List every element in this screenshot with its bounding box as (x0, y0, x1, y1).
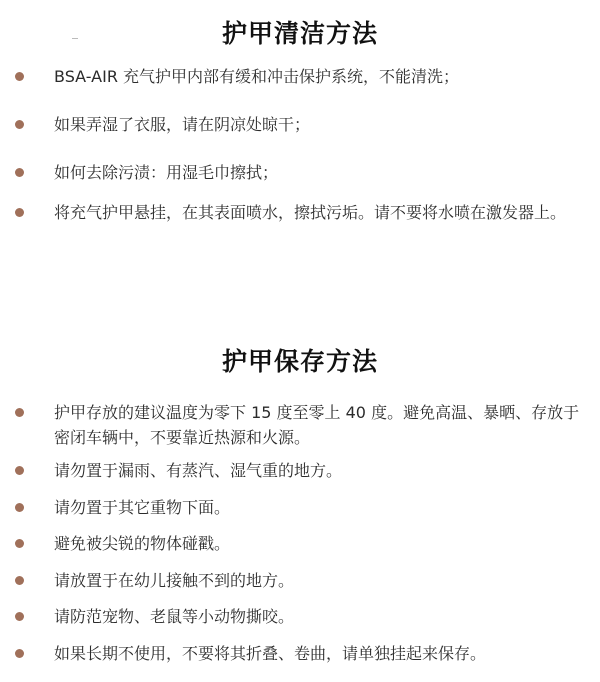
list-item-text: 将充气护甲悬挂，在其表面喷水，擦拭污垢。请不要将水喷在激发器上。 (54, 200, 584, 225)
bullet-icon (15, 576, 24, 585)
list-item-text: 请勿置于漏雨、有蒸汽、湿气重的地方。 (54, 458, 584, 483)
section-title-cleaning: 护甲清洁方法 (0, 14, 600, 50)
list-item-text: 如何去除污渍：用湿毛巾擦拭； (54, 160, 584, 185)
list-item-text: 请勿置于其它重物下面。 (54, 495, 584, 520)
bullet-icon (15, 72, 24, 81)
section-title-storage: 护甲保存方法 (0, 342, 600, 378)
list-item-text: 请防范宠物、老鼠等小动物撕咬。 (54, 604, 584, 629)
bullet-icon (15, 208, 24, 217)
bullet-icon (15, 612, 24, 621)
bullet-icon (15, 466, 24, 475)
bullet-icon (15, 120, 24, 129)
list-item-text: 避免被尖锐的物体碰戳。 (54, 531, 584, 556)
bullet-icon (15, 539, 24, 548)
list-item-text: 护甲存放的建议温度为零下 15 度至零上 40 度。避免高温、暴晒、存放于密闭车… (54, 400, 584, 450)
list-item-text: 如果长期不使用，不要将其折叠、卷曲，请单独挂起来保存。 (54, 641, 584, 666)
list-item-text: 如果弄湿了衣服，请在阴凉处晾干； (54, 112, 584, 137)
list-item-text: 请放置于在幼儿接触不到的地方。 (54, 568, 584, 593)
bullet-icon (15, 168, 24, 177)
list-item-text: BSA-AIR 充气护甲内部有缓和冲击保护系统，不能清洗； (54, 64, 584, 89)
bullet-icon (15, 408, 24, 417)
bullet-icon (15, 649, 24, 658)
bullet-icon (15, 503, 24, 512)
